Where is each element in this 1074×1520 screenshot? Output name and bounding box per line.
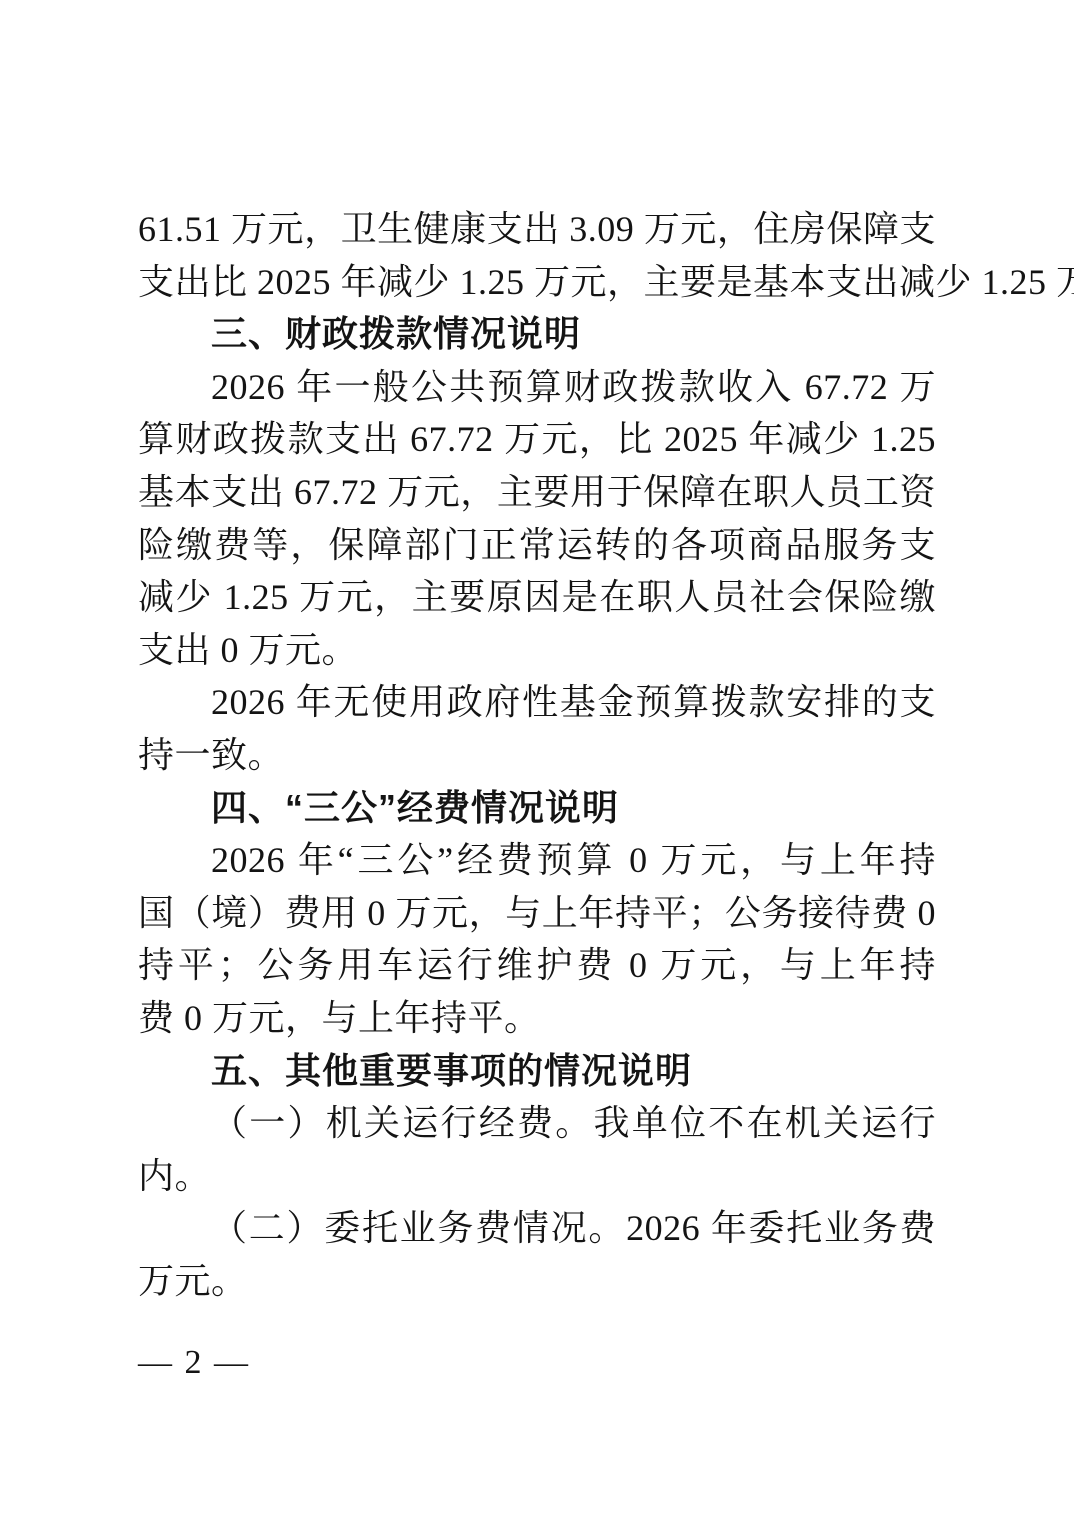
- body-text-line: （一）机关运行经费。我单位不在机关运行经费统计范围之: [138, 1097, 936, 1150]
- body-text-line: 持平；公务用车运行维护费 0 万元，与上年持平；公务用车购置: [138, 939, 936, 992]
- body-text-line: 内。: [138, 1150, 936, 1203]
- body-text-line: 险缴费等，保障部门正常运转的各项商品服务支出，比 2025 年: [138, 519, 936, 572]
- body-text-line: 支出比 2025 年减少 1.25 万元，主要是基本支出减少 1.25 万元。: [138, 256, 936, 309]
- body-text-line: 减少 1.25 万元，主要原因是在职人员社会保险缴费减少；项目: [138, 571, 936, 624]
- section-heading-three-public-funds: 四、“三公”经费情况说明: [138, 782, 936, 835]
- body-text-line: 基本支出 67.72 万元，主要用于保障在职人员工资福利及社会保: [138, 466, 936, 519]
- document-body: 61.51 万元，卫生健康支出 3.09 万元，住房保障支出 3.13 万元； …: [138, 203, 936, 1307]
- document-page: 61.51 万元，卫生健康支出 3.09 万元，住房保障支出 3.13 万元； …: [0, 0, 1074, 1520]
- body-text-line: 2026 年一般公共预算财政拨款收入 67.72 万元，一般公共预: [138, 361, 936, 414]
- body-text-line: 国（境）费用 0 万元，与上年持平；公务接待费 0 万元，与上年: [138, 887, 936, 940]
- body-text-line: 持一致。: [138, 729, 936, 782]
- body-text-line: 2026 年“三公”经费预算 0 万元，与上年持平。其中：因公出: [138, 834, 936, 887]
- page-number: — 2 —: [138, 1340, 250, 1386]
- body-text-line: 2026 年无使用政府性基金预算拨款安排的支出，与上年保: [138, 676, 936, 729]
- section-heading-other-important-items: 五、其他重要事项的情况说明: [138, 1045, 936, 1098]
- body-text-line: 费 0 万元，与上年持平。: [138, 992, 936, 1045]
- body-text-line: 61.51 万元，卫生健康支出 3.09 万元，住房保障支出 3.13 万元；: [138, 203, 936, 256]
- body-text-line: （二）委托业务费情况。2026 年委托业务费涉及财拨资金 0: [138, 1202, 936, 1255]
- section-heading-fiscal-appropriation: 三、财政拨款情况说明: [138, 308, 936, 361]
- body-text-line: 万元。: [138, 1255, 936, 1308]
- body-text-line: 支出 0 万元。: [138, 624, 936, 677]
- body-text-line: 算财政拨款支出 67.72 万元，比 2025 年减少 1.25 万元。其中：: [138, 413, 936, 466]
